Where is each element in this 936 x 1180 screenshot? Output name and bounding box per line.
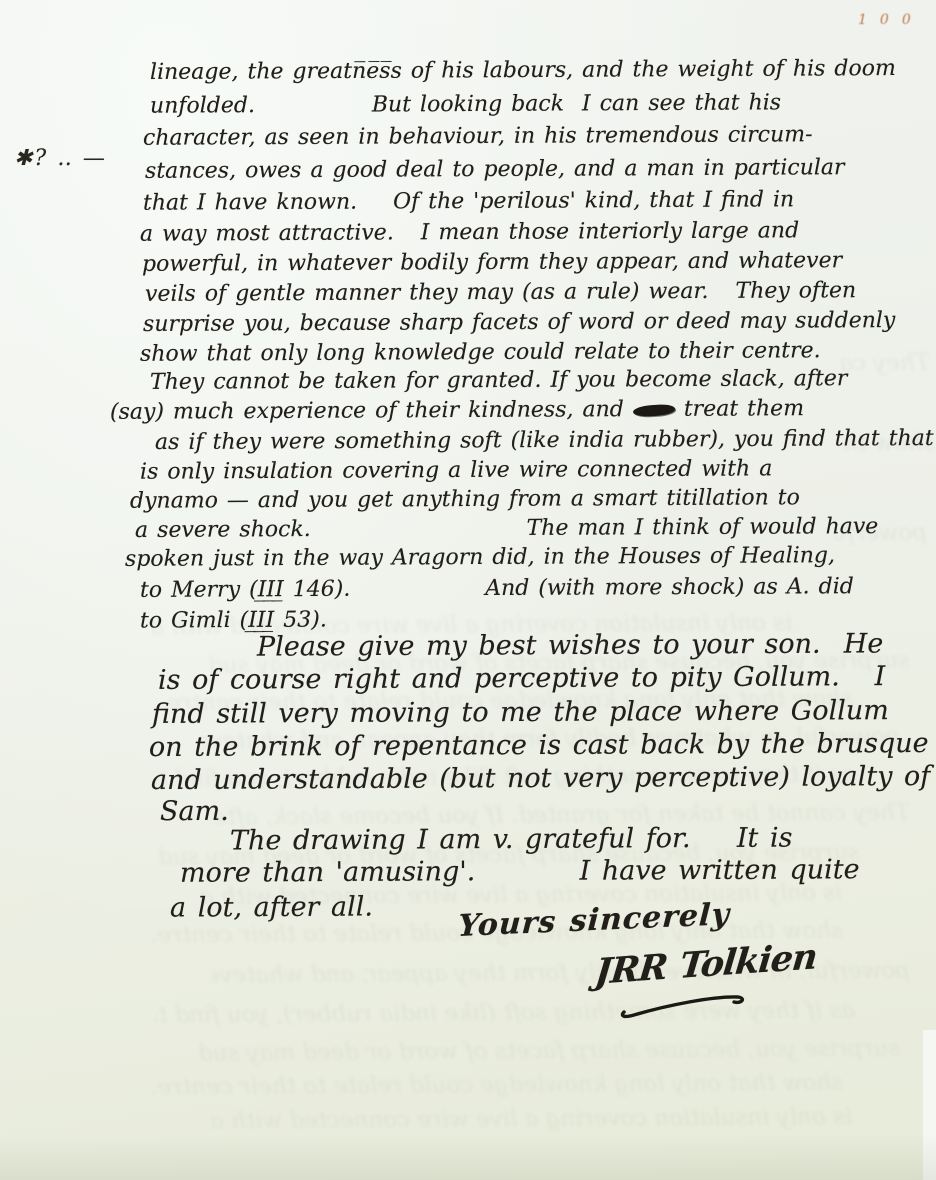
signature: JRR Tolkien (593, 936, 819, 993)
letter-line: to Merry (I̲I̲I̲ 146). And (with more sh… (140, 574, 854, 603)
verso-showthrough: They cannot be taken for granted. If you… (838, 350, 930, 378)
letter-line: more than 'amusing'. I have written quit… (180, 854, 860, 889)
letter-line: is of course right and perceptive to pit… (158, 661, 885, 696)
letter-line: They cannot be taken for granted. If you… (150, 366, 847, 395)
letter-line: Please give my best wishes to your son. … (257, 628, 883, 662)
letter-line: that I have known. Of the 'perilous' kin… (143, 187, 794, 215)
scribbled-out-word (633, 404, 676, 417)
page-bottom-shadow (0, 1134, 936, 1180)
verso-showthrough: show that only long knowledge could rela… (150, 1070, 843, 1102)
letter-line: and understandable (but not very percept… (151, 761, 930, 796)
folio-number: 100 (858, 12, 924, 28)
letter-line: a lot, after all. (170, 891, 373, 923)
letter-line: is only insulation covering a live wire … (140, 456, 772, 484)
letter-line: find still very moving to me the place w… (152, 695, 889, 730)
letter-line: on the brink of repentance is cast back … (149, 728, 929, 763)
letter-line: powerful, in whatever bodily form they a… (142, 248, 842, 277)
letter-line: as if they were something soft (like ind… (155, 426, 934, 455)
letter-line: unfolded. But looking back I can see tha… (150, 90, 781, 118)
letter-line: surprise you, because sharp facets of wo… (143, 308, 895, 337)
verso-showthrough: is only insulation covering a live wire … (210, 1104, 852, 1135)
letter-line: spoken just in the way Aragorn did, in t… (125, 543, 835, 572)
letter-line: Sam. (160, 796, 229, 827)
letter-line-text: treat them (684, 396, 804, 422)
verso-showthrough: surprise you, because sharp facets of wo… (200, 1036, 900, 1068)
letter-line: dynamo — and you get anything from a sma… (130, 485, 800, 514)
letter-line: to Gimli (I̲I̲I̲ 53). (140, 608, 327, 634)
margin-annotation: ✱? ‥ — (14, 146, 107, 171)
letter-line-text: (say) much experience of their kindness,… (110, 397, 624, 425)
letter-line: show that only long knowledge could rela… (140, 338, 821, 367)
letter-line: a severe shock. The man I think of would… (135, 514, 878, 543)
signature-flourish-icon (618, 988, 758, 1020)
letter-line: The drawing I am v. grateful for. It is (230, 823, 793, 857)
letter-line: stances, owes a good deal to people, and… (145, 155, 845, 184)
letter-line: a way most attractive. I mean those inte… (140, 218, 799, 246)
letter-line: (say) much experience of their kindness,… (110, 396, 804, 425)
letter-photo: { "page": { "folio_number": "100", "marg… (0, 0, 936, 1180)
letter-line: lineage, the greatn̅e̅s̅s of his labours… (150, 56, 896, 85)
letter-line: character, as seen in behaviour, in his … (143, 122, 813, 151)
letter-line: veils of gentle manner they may (as a ru… (145, 278, 856, 307)
valediction: Yours sincerely (457, 897, 731, 944)
